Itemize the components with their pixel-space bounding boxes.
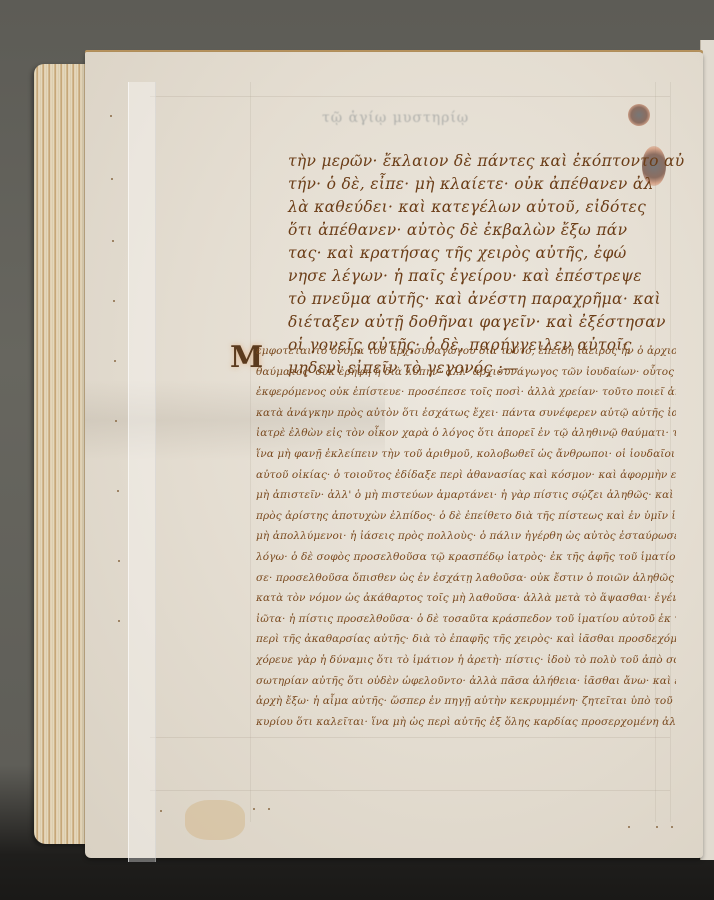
text-line: τήν· ὁ δὲ, εἶπε· μὴ κλαίετε· οὐκ ἀπέθανε… [288, 173, 668, 196]
pricking-mark [112, 240, 114, 242]
text-line: νησε λέγων· ἡ παῖς ἐγείρου· καὶ ἐπέστρεψ… [288, 265, 668, 288]
text-line: διέταξεν αὐτῇ δοθῆναι φαγεῖν· καὶ ἐξέστη… [288, 311, 668, 334]
text-line: μὴ ἀπιστεῖν· ἀλλ' ὁ μὴ πιστεύων ἀμαρτάνε… [256, 485, 676, 506]
text-line: ὅτι ἀπέθανεν· αὐτὸς δὲ ἐκβαλὼν ἔξω πάν [288, 219, 668, 242]
pricking-mark [117, 490, 119, 492]
text-line: τὴν μερῶν· ἔκλαιον δὲ πάντες καὶ ἐκόπτον… [288, 150, 668, 173]
text-line: ἰῶτα· ἡ πίστις προσελθοῦσα· ὁ δὲ τοσαῦτα… [256, 609, 676, 630]
manuscript-photo: τῷ ἁγίῳ μυστηρίῳ τὴν μερῶν· ἔκλαιον δὲ π… [0, 0, 714, 900]
text-line: περὶ τῆς ἀκαθαρσίας αὐτῆς· διὰ τὸ ἐπαφῆς… [256, 629, 676, 650]
text-line: ἰατρὲ ἐλθὼν εἰς τὸν οἶκον χαρὰ ὁ λόγος ὅ… [256, 423, 676, 444]
text-line: κατὰ τὸν νόμον ὡς ἀκάθαρτος τοῖς μὴ λαθο… [256, 588, 676, 609]
pricking-mark [114, 360, 116, 362]
text-line: θαύματος· οὐκ ἐρήφη ἡ διὰ λύπην· ἀλλ' ἀρ… [256, 362, 676, 383]
pricking-mark [656, 826, 658, 828]
pricking-mark [118, 620, 120, 622]
pricking-mark [113, 300, 115, 302]
pricking-mark [118, 560, 120, 562]
repair-tape-strip [128, 82, 156, 862]
text-line: λὰ καθεύδει· καὶ κατεγέλων αὐτοῦ, εἰδότε… [288, 196, 668, 219]
text-line: τὸ πνεῦμα αὐτῆς· καὶ ἀνέστη παραχρῆμα· κ… [288, 288, 668, 311]
ruling-line [150, 96, 670, 97]
pricking-mark [115, 420, 117, 422]
pricking-mark [671, 826, 673, 828]
pricking-mark [111, 178, 113, 180]
pricking-mark [253, 808, 255, 810]
ink-stain [628, 104, 650, 126]
text-line: ἐκφερόμενος οὐκ ἐπίστευε· προσέπεσε τοῖς… [256, 382, 676, 403]
text-line: ἵνα μὴ φανῇ ἐκλείπειν τὴν τοῦ ἀριθμοῦ, κ… [256, 444, 676, 465]
text-line: πρὸς ἀρίστης ἀποτυχὼν ἐλπίδος· ὁ δὲ ἐπεί… [256, 506, 676, 527]
ruling-line [150, 790, 670, 791]
text-line: κυρίου ὅτι καλεῖται· ἵνα μὴ ὡς περὶ αὐτῆ… [256, 712, 676, 733]
text-line: μὴ ἀπολλύμενοι· ἡ ἰάσεις πρὸς πολλοὺς· ὁ… [256, 526, 676, 547]
text-line: λόγω· ὁ δὲ σοφὸς προσελθοῦσα τῷ κρασπέδῳ… [256, 547, 676, 568]
pricking-mark [160, 810, 162, 812]
foxing-stain [185, 800, 245, 840]
ruling-line [150, 737, 670, 738]
text-line: κατὰ ἀνάγκην πρὸς αὐτὸν ὅτι ἐσχάτως ἔχει… [256, 403, 676, 424]
pricking-mark [268, 808, 270, 810]
pricking-mark [628, 826, 630, 828]
text-line: τας· καὶ κρατήσας τῆς χειρὸς αὐτῆς, ἐφώ [288, 242, 668, 265]
text-line: σε· προσελθοῦσα ὄπισθεν ὡς ἐν ἐσχάτῃ λαθ… [256, 568, 676, 589]
vertical-ruling [250, 82, 251, 822]
text-line: σωτηρίαν αὐτῆς ὅτι οὐδὲν ὠφελοῦντο· ἀλλὰ… [256, 671, 676, 692]
text-line: αὐτοῦ οἰκίας· ὁ τοιοῦτος ἐδίδαξε περὶ ἀθ… [256, 465, 676, 486]
faint-running-title: τῷ ἁγίῳ μυστηρίῳ [322, 110, 469, 126]
text-line: ἀρχὴ ἔξω· ἡ αἷμα αὐτῆς· ὥσπερ ἐν πηγῇ αὐ… [256, 691, 676, 712]
text-line: χόρευε γὰρ ἡ δύναμις ὅτι τὸ ἱμάτιον ἡ ἀρ… [256, 650, 676, 671]
text-line: έμφοτεται τὸ ὄνομα τοῦ ἀρχισυναγώγου διὰ… [256, 341, 676, 362]
pricking-mark [110, 115, 112, 117]
commentary-text-block: έμφοτεται τὸ ὄνομα τοῦ ἀρχισυναγώγου διὰ… [256, 341, 676, 732]
